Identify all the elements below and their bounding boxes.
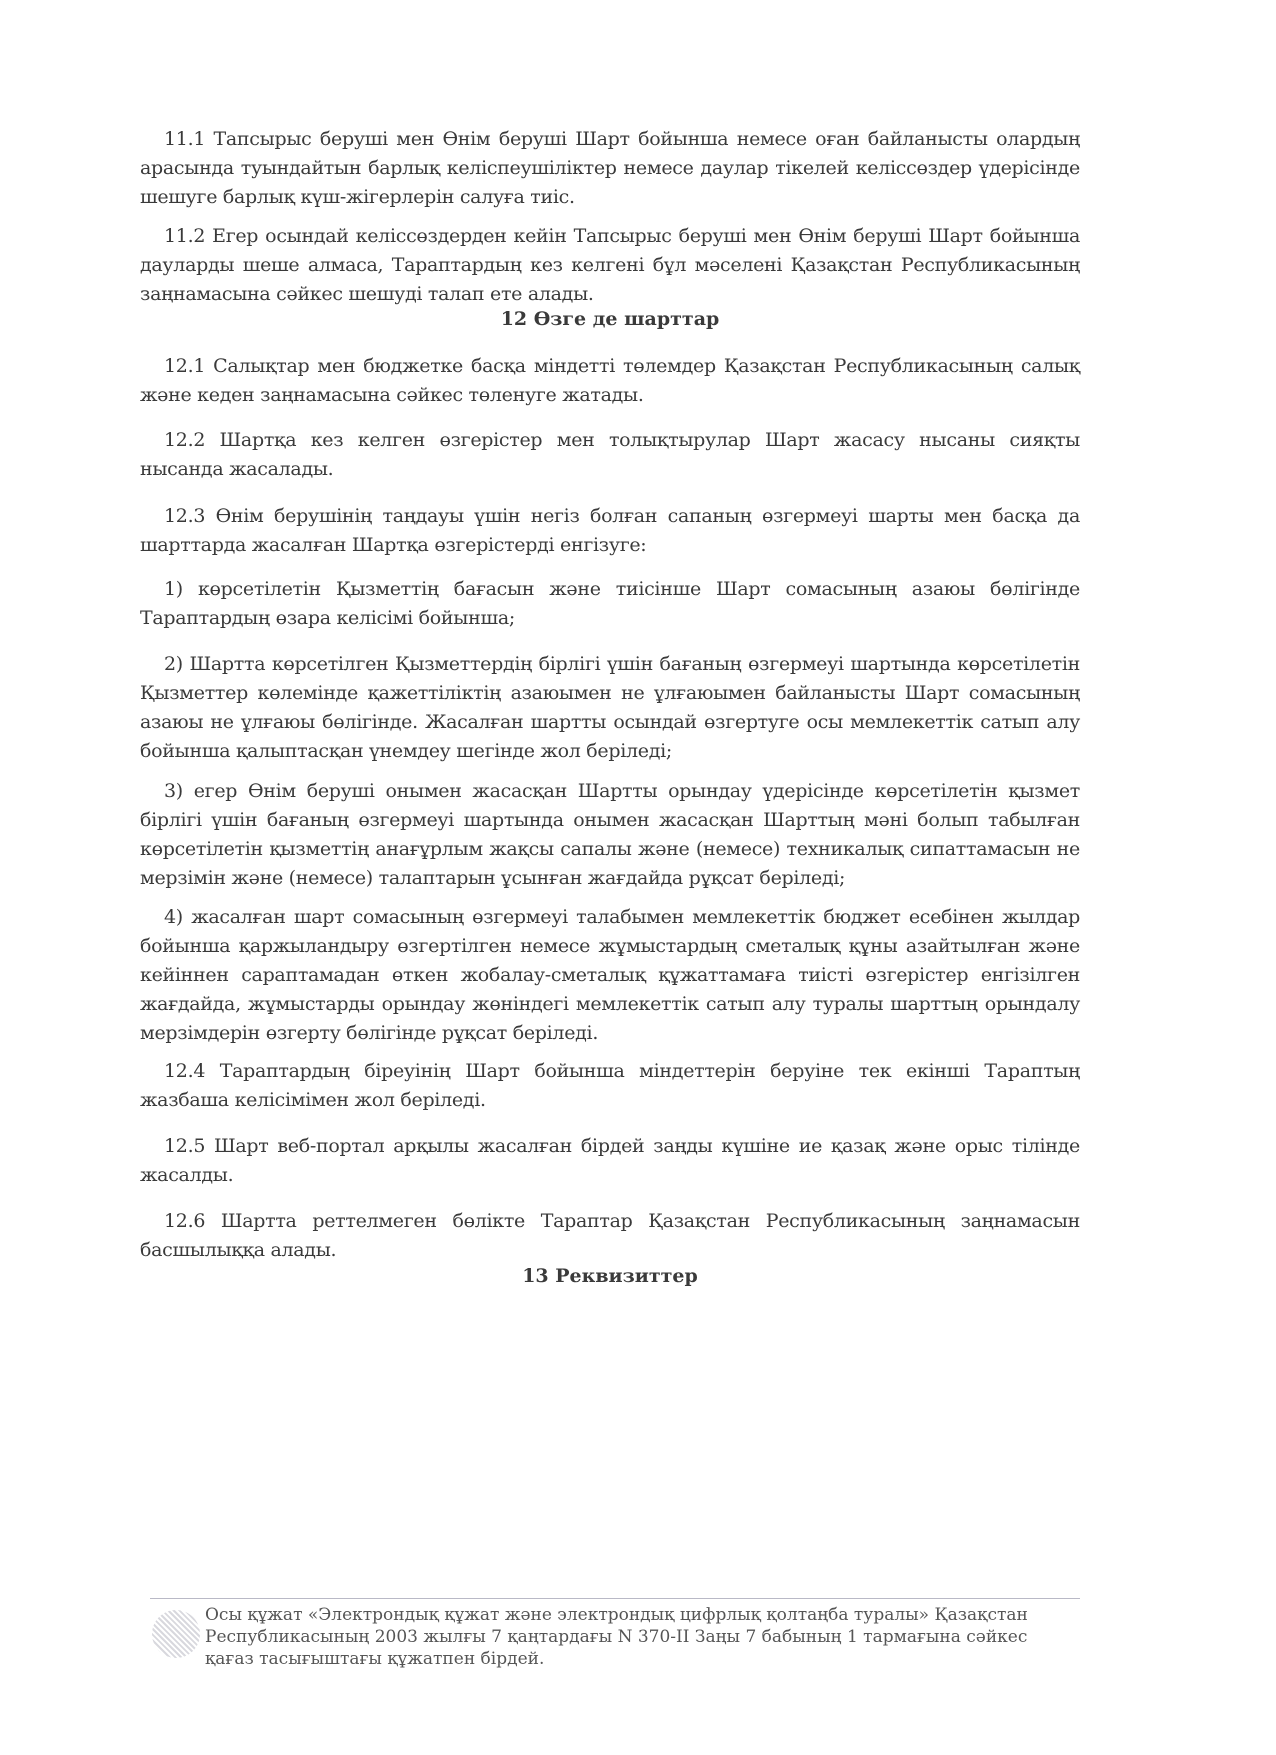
paragraph-12-3: 12.3 Өнім берушінің таңдауы үшін негіз б… (140, 502, 1080, 560)
paragraph-12-5: 12.5 Шарт веб-портал арқылы жасалған бір… (140, 1132, 1080, 1190)
paragraph-11-1: 11.1 Тапсырыс беруші мен Өнім беруші Шар… (140, 125, 1080, 212)
paragraph-11-2: 11.2 Егер осындай келіссөздерден кейін Т… (140, 222, 1080, 309)
paragraph-12-1: 12.1 Салықтар мен бюджетке басқа міндетт… (140, 352, 1080, 410)
paragraph-12-4: 12.4 Тараптардың біреуінің Шарт бойынша … (140, 1057, 1080, 1115)
section-heading-13: 13 Реквизиттер (140, 1265, 1080, 1287)
paragraph-item-2: 2) Шартта көрсетілген Қызметтердің бірлі… (140, 650, 1080, 766)
footer-note: Осы құжат «Электрондық құжат және электр… (205, 1604, 1065, 1670)
section-heading-12: 12 Өзге де шарттар (140, 308, 1080, 330)
paragraph-12-6: 12.6 Шартта реттелмеген бөлікте Тараптар… (140, 1207, 1080, 1265)
paragraph-item-4: 4) жасалған шарт сомасының өзгермеуі тал… (140, 903, 1080, 1048)
footer-divider (150, 1598, 1080, 1599)
paragraph-item-1: 1) көрсетілетін Қызметтің бағасын және т… (140, 575, 1080, 633)
paragraph-item-3: 3) егер Өнім беруші онымен жасасқан Шарт… (140, 777, 1080, 893)
paragraph-12-2: 12.2 Шартқа кез келген өзгерістер мен то… (140, 426, 1080, 484)
stamp-logo-icon (152, 1610, 200, 1658)
